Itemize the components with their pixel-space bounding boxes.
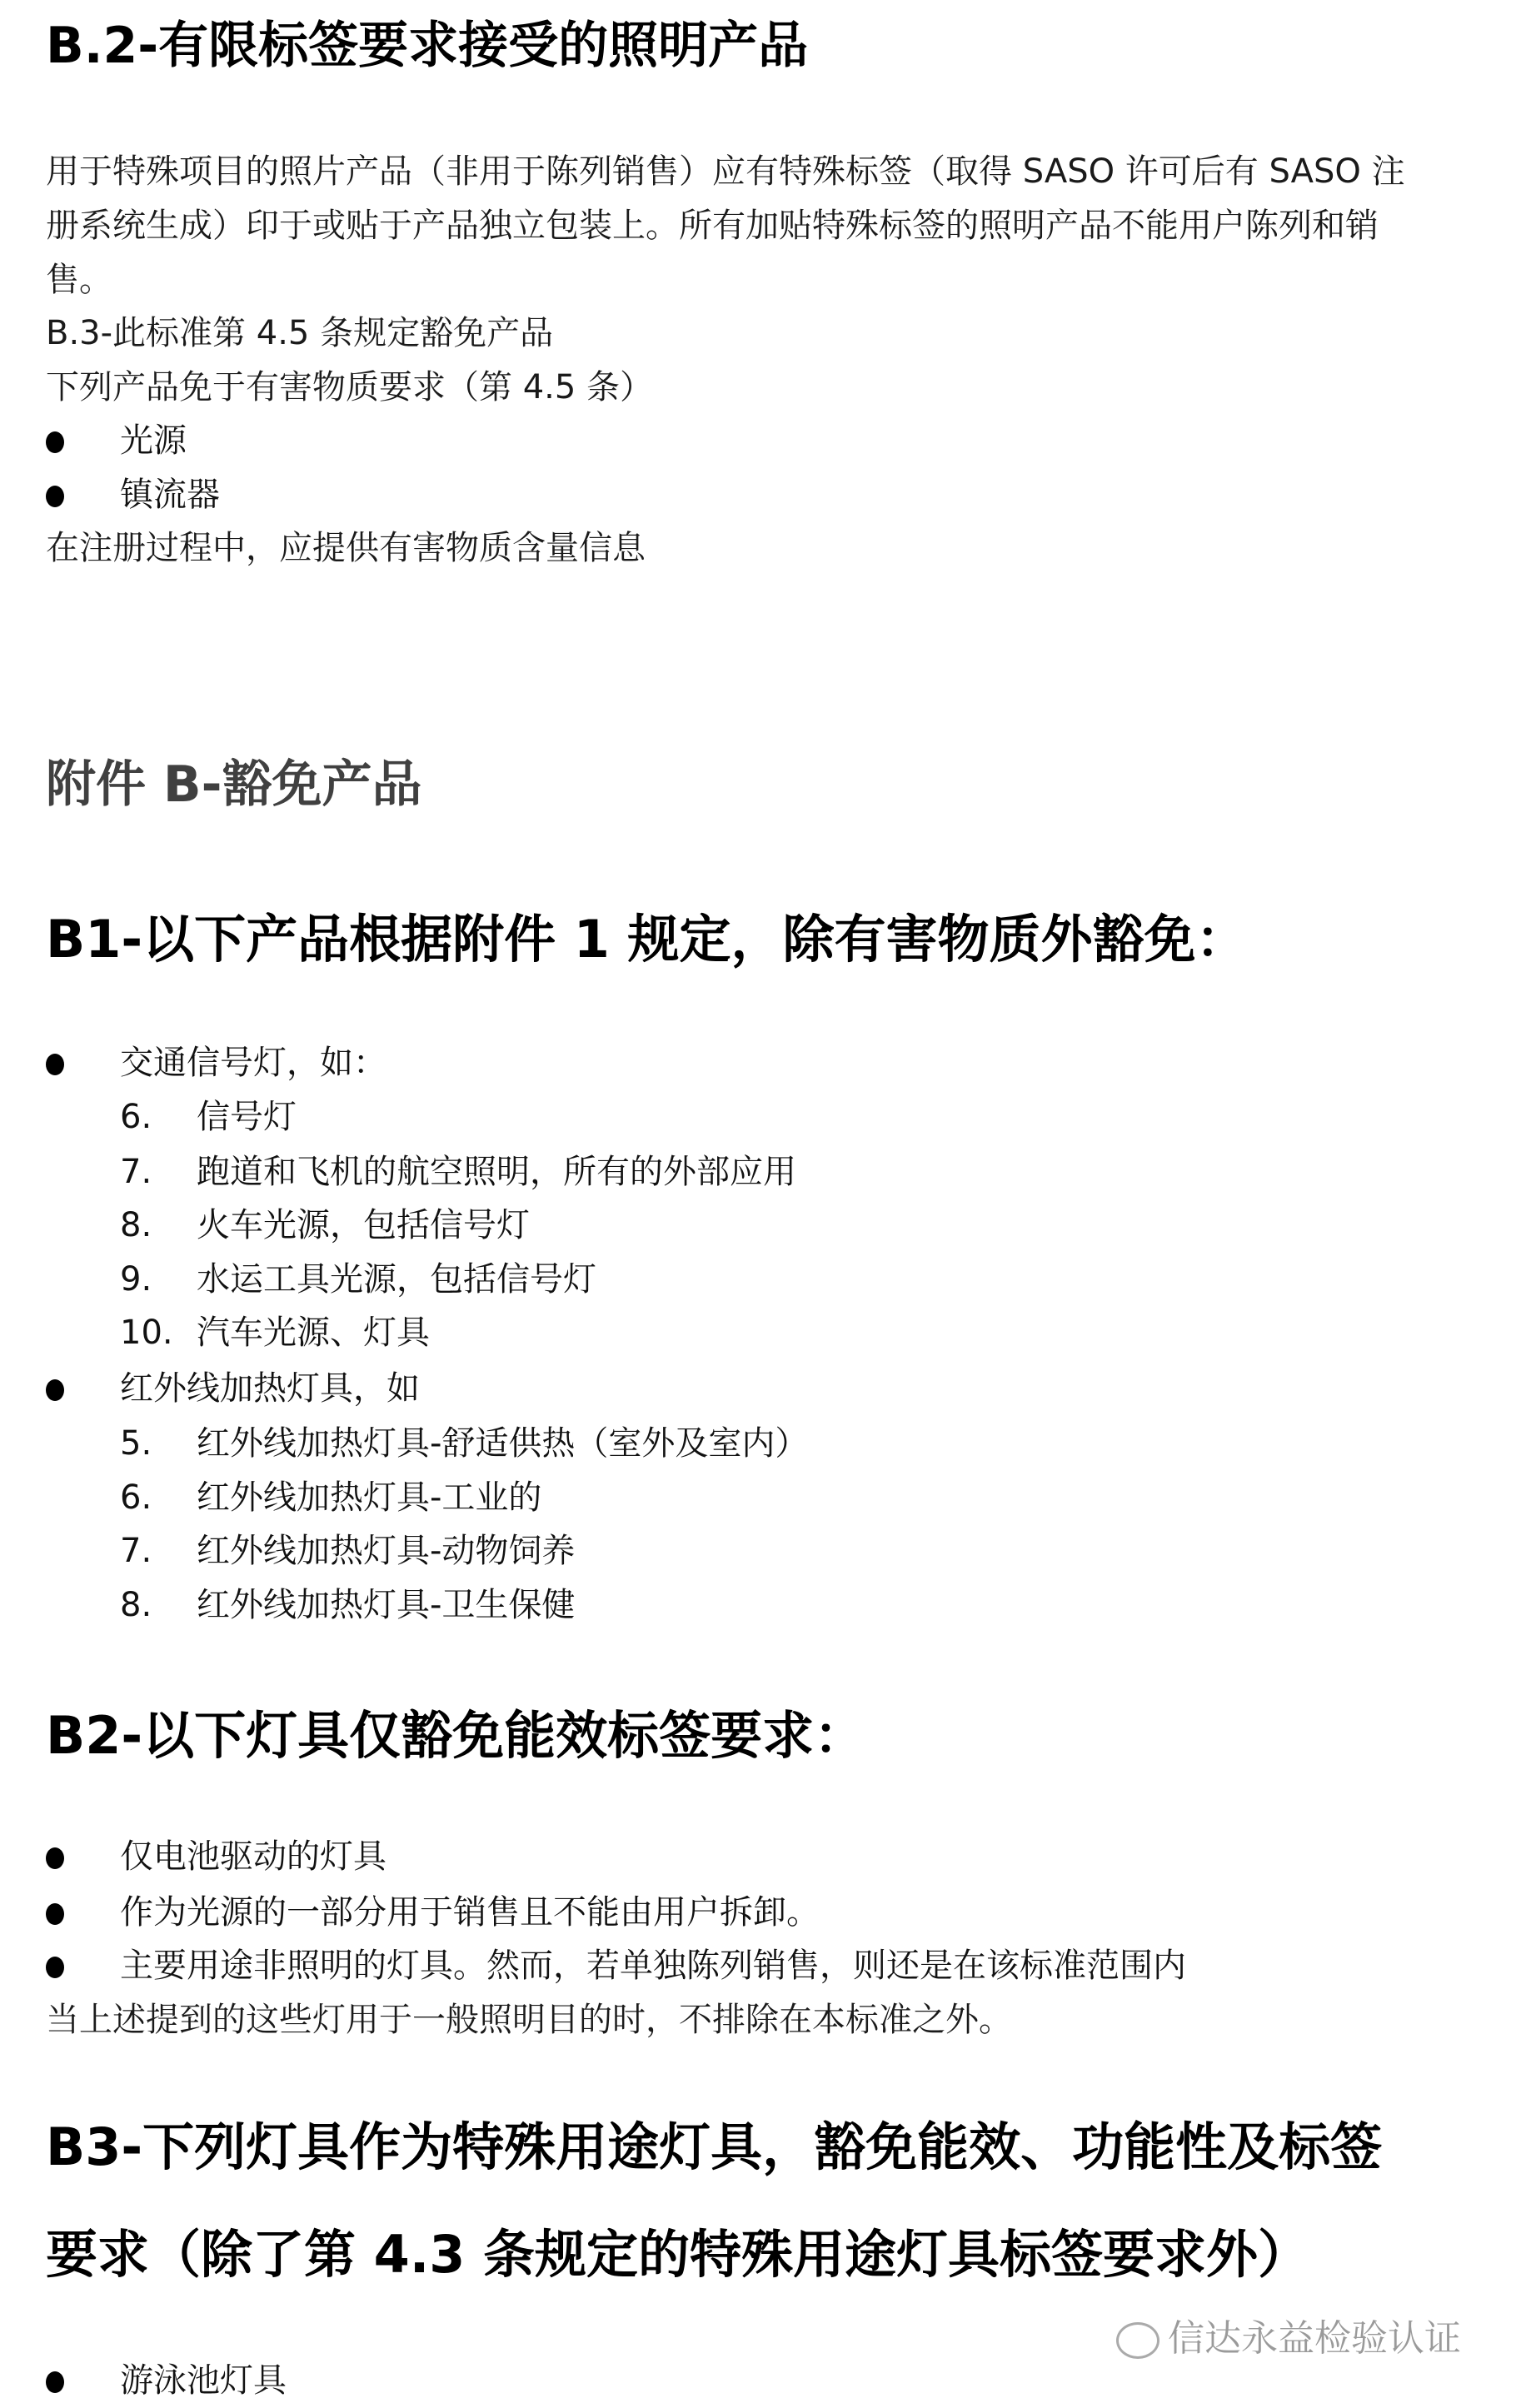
- list-item: 作为光源的一部分用于销售且不能由用户拆卸。: [46, 1896, 820, 1929]
- list-item: 游泳池灯具: [46, 2364, 287, 2397]
- bullet-icon: [46, 1054, 64, 1075]
- b3-note: 在注册过程中，应提供有害物质含量信息: [46, 531, 646, 565]
- b3-intro: 下列产品免于有害物质要求（第 4.5 条）: [46, 371, 653, 404]
- sub-item: 10.汽车光源、灯具: [120, 1316, 430, 1349]
- sub-item: 8.红外线加热灯具-卫生保健: [120, 1588, 575, 1622]
- watermark: 信达永益检验认证: [1116, 2321, 1461, 2359]
- b2-paragraph-line: 售。: [46, 263, 112, 297]
- sub-item: 9.水运工具光源，包括信号灯: [120, 1263, 596, 1296]
- sub-item: 7.红外线加热灯具-动物饲养: [120, 1534, 575, 1568]
- b3-section-heading-line1: B3-下列灯具作为特殊用途灯具，豁免能效、功能性及标签: [46, 2121, 1382, 2173]
- b3-subheading: B.3-此标准第 4.5 条规定豁免产品: [46, 317, 553, 350]
- list-item: 光源: [46, 424, 187, 457]
- bullet-icon: [46, 486, 64, 507]
- bullet-icon: [46, 1903, 64, 1925]
- bullet-icon: [46, 1957, 64, 1978]
- bullet-icon: [46, 2371, 64, 2393]
- b2-section-heading: B2-以下灯具仅豁免能效标签要求：: [46, 1710, 865, 1762]
- b2-heading: B.2-有限标签要求接受的照明产品: [46, 21, 808, 71]
- b2-note: 当上述提到的这些灯用于一般照明目的时，不排除在本标准之外。: [46, 2003, 1012, 2037]
- list-item: 主要用途非照明的灯具。然而，若单独陈列销售，则还是在该标准范围内: [46, 1949, 1186, 1982]
- b1-heading: B1-以下产品根据附件 1 规定，除有害物质外豁免：: [46, 914, 1247, 965]
- annex-heading: 附件 B-豁免产品: [46, 760, 422, 810]
- list-item: 红外线加热灯具，如: [46, 1372, 420, 1405]
- bullet-icon: [46, 431, 64, 453]
- bullet-icon: [46, 1847, 64, 1869]
- sub-item: 8.火车光源，包括信号灯: [120, 1209, 530, 1242]
- b2-paragraph-line: 册系统生成）印于或贴于产品独立包装上。所有加贴特殊标签的照明产品不能用户陈列和销: [46, 209, 1379, 242]
- sub-item: 6.信号灯: [120, 1100, 297, 1134]
- list-item: 镇流器: [46, 478, 220, 511]
- list-item: 仅电池驱动的灯具: [46, 1840, 386, 1873]
- sub-item: 5.红外线加热灯具-舒适供热（室外及室内）: [120, 1427, 808, 1460]
- sub-item: 6.红外线加热灯具-工业的: [120, 1481, 541, 1514]
- b3-section-heading-line2: 要求（除了第 4.3 条规定的特殊用途灯具标签要求外）: [46, 2229, 1309, 2281]
- list-item: 交通信号灯，如：: [46, 1046, 386, 1079]
- wechat-icon: [1116, 2322, 1159, 2359]
- sub-item: 7.跑道和飞机的航空照明，所有的外部应用: [120, 1155, 796, 1189]
- b2-paragraph-line: 用于特殊项目的照片产品（非用于陈列销售）应有特殊标签（取得 SASO 许可后有 …: [46, 155, 1405, 188]
- bullet-icon: [46, 1379, 64, 1401]
